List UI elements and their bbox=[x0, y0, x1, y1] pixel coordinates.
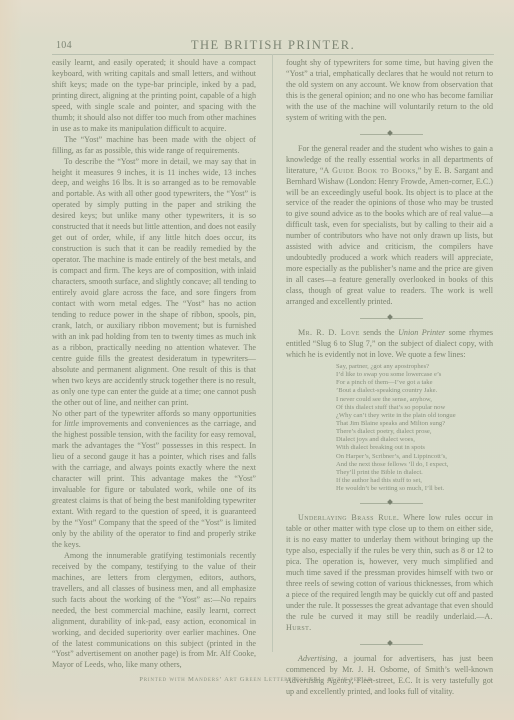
poem-line: That Jim Blaine speaks and Milton sung? bbox=[336, 420, 493, 428]
person-name: Mr. R. D. Love bbox=[298, 328, 360, 337]
poem-line: And the next those fellows ’ll do, I exp… bbox=[336, 461, 493, 469]
section-divider bbox=[286, 496, 493, 510]
paragraph-love: Mr. R. D. Love sends the Union Printer s… bbox=[286, 328, 493, 361]
poem-line: Say, partner, ¿got any apostrophes? bbox=[336, 363, 493, 371]
emphasis: little bbox=[64, 419, 79, 428]
section-heading: Underlaying Brass Rule. bbox=[298, 513, 399, 522]
section-divider bbox=[286, 311, 493, 325]
poem-line: He wouldn’t be writing so much, I’ll bet… bbox=[336, 485, 493, 493]
paragraph: To describe the “Yost” more in detail, w… bbox=[52, 157, 256, 409]
poem-line: They’ll print the Bible in dialect. bbox=[336, 469, 493, 477]
right-column: fought shy of typewriters for some time,… bbox=[286, 58, 493, 698]
poem-line: With dialect breaking out in spots bbox=[336, 444, 493, 452]
poem-line: If the author had this stuff to set, bbox=[336, 477, 493, 485]
paragraph-brass-rule: Underlaying Brass Rule. Where low rules … bbox=[286, 513, 493, 633]
poem-line: Dialect joys and dialect woes, bbox=[336, 436, 493, 444]
left-column: easily learnt, and easily operated; it s… bbox=[52, 58, 256, 671]
poem-line: ¿Why can’t they write in the plain old t… bbox=[336, 412, 493, 420]
paragraph: easily learnt, and easily operated; it s… bbox=[52, 58, 256, 135]
book-title: A Guide Book to Books bbox=[323, 166, 415, 175]
poem-line: There’s dialect poetry, dialect prose, bbox=[336, 428, 493, 436]
footer-imprint: Printed with Manders’ Art Green Letterpr… bbox=[0, 676, 514, 683]
section-divider bbox=[286, 637, 493, 651]
paragraph-yost-continued: fought shy of typewriters for some time,… bbox=[286, 58, 493, 124]
poem-line: For a pinch of them—I’ve got a take bbox=[336, 379, 493, 387]
column-divider bbox=[272, 54, 273, 652]
paragraph: No other part of the typewriter affords … bbox=[52, 409, 256, 551]
publication-name: Union Printer bbox=[398, 328, 445, 337]
poem-line: Of this dialect stuff that’s so popular … bbox=[336, 404, 493, 412]
section-divider bbox=[286, 127, 493, 141]
publication-name: Advertising bbox=[298, 654, 335, 663]
poem-line: I’d like to swap you some lowercase e’s bbox=[336, 371, 493, 379]
running-title: THE BRITISH PRINTER. bbox=[52, 38, 494, 53]
poem-line: I never could see the sense, anyhow, bbox=[336, 396, 493, 404]
page-edge bbox=[0, 0, 22, 720]
paragraph: Among the innumerable gratifying testimo… bbox=[52, 551, 256, 671]
poem-line: ’Bout a dialect-speaking country Jake. bbox=[336, 387, 493, 395]
poem-line: On Harper’s, Scribner’s, and Lippincott’… bbox=[336, 453, 493, 461]
page-header: 104 THE BRITISH PRINTER. bbox=[52, 38, 494, 55]
paragraph: The “Yost” machine has been made with th… bbox=[52, 135, 256, 157]
paragraph-guide-book: For the general reader and the student w… bbox=[286, 144, 493, 308]
poem: Say, partner, ¿got any apostrophes? I’d … bbox=[336, 363, 493, 494]
